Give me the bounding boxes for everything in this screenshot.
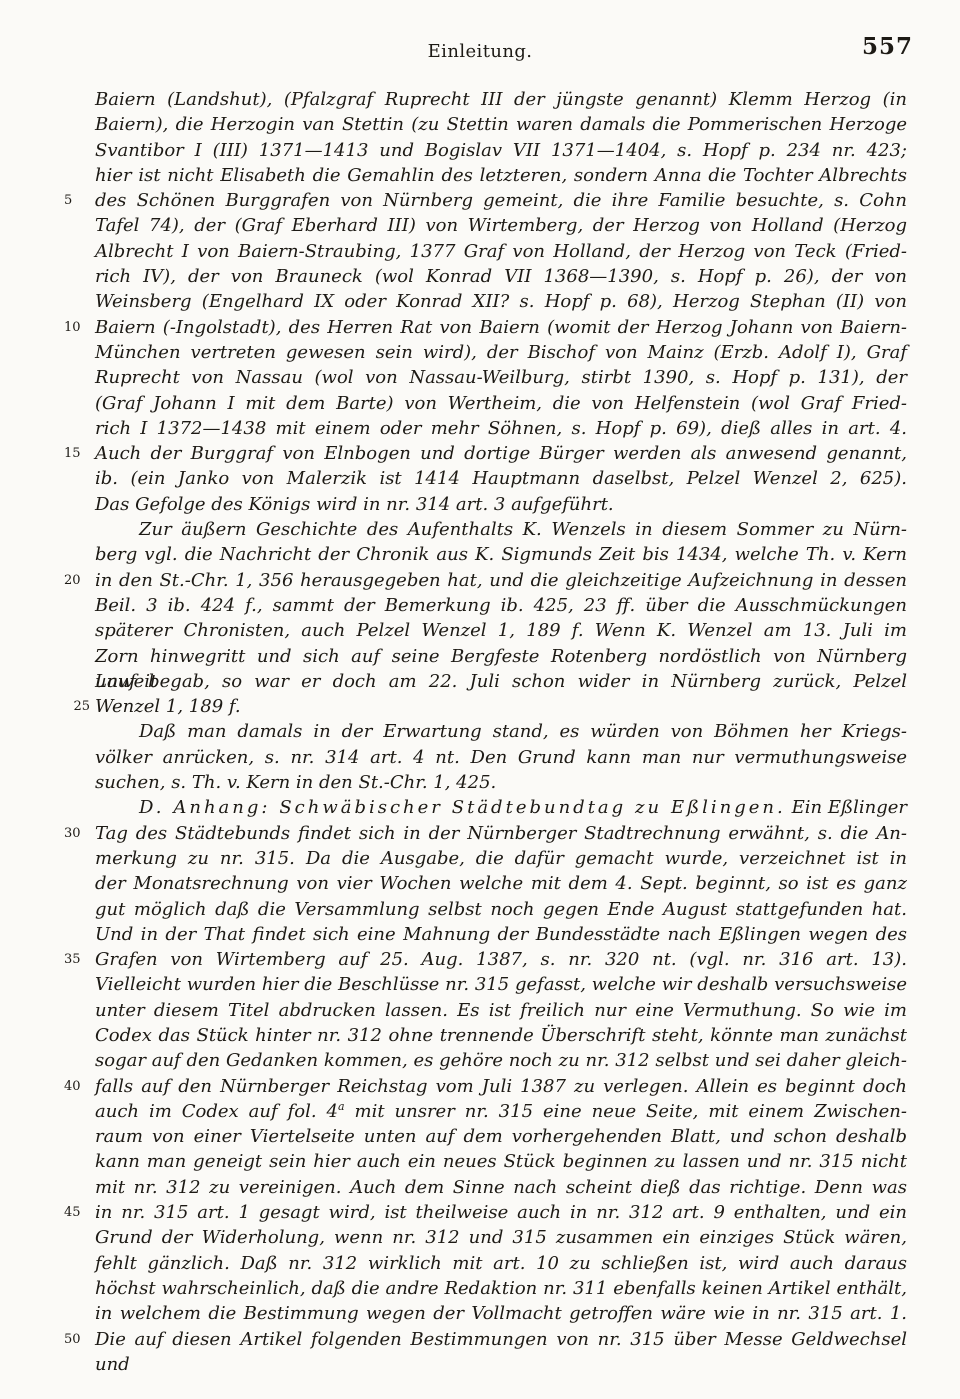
margin-line-number: 50	[64, 1327, 90, 1352]
margin-line-number: 5	[64, 188, 90, 213]
text-line: unter diesem Titel abdrucken lassen. Es …	[95, 998, 907, 1023]
text-line: Vielleicht wurden hier die Beschlüsse nr…	[95, 972, 907, 997]
text-line: völker anrücken, s. nr. 314 art. 4 nt. D…	[95, 745, 907, 770]
text-line-content: Svantibor I (III) 1371—1413 und Bogislav…	[95, 140, 907, 161]
text-line-content: völker anrücken, s. nr. 314 art. 4 nt. D…	[95, 747, 907, 768]
text-line-content: Albrecht I von Baiern-Straubing, 1377 Gr…	[95, 241, 907, 262]
text-line-content: Wenzel 1, 189 f.	[95, 696, 241, 717]
text-line: 30Tag des Städtebunds findet sich in der…	[95, 821, 907, 846]
text-line-content: falls auf den Nürnberger Reichstag vom J…	[95, 1076, 907, 1097]
text-line-content: Ruprecht von Nassau (wol von Nassau-Weil…	[95, 367, 907, 388]
text-line-content: fehlt gänzlich. Daß nr. 312 wirklich mit…	[95, 1253, 907, 1274]
text-line-content: Zur äußern Geschichte des Aufenthalts K.…	[139, 519, 907, 540]
text-line-content: der Monatsrechnung von vier Wochen welch…	[95, 873, 907, 894]
text-line: 25Wenzel 1, 189 f.	[95, 694, 907, 719]
text-line: berg vgl. die Nachricht der Chronik aus …	[95, 542, 907, 567]
text-line-content: in welchem die Bestimmung wegen der Voll…	[95, 1303, 907, 1324]
text-line: rich IV), der von Brauneck (wol Konrad V…	[95, 264, 907, 289]
text-line: 5des Schönen Burggrafen von Nürnberg gem…	[95, 188, 907, 213]
text-line-content: München vertreten gewesen sein wird), de…	[95, 342, 907, 363]
text-line: kann man geneigt sein hier auch ein neue…	[95, 1149, 907, 1174]
text-line: 20in den St.-Chr. 1, 356 herausgegeben h…	[95, 568, 907, 593]
text-line-content: Weinsberg (Engelhard IX oder Konrad XII?…	[95, 291, 907, 312]
text-line: Codex das Stück hinter nr. 312 ohne tren…	[95, 1023, 907, 1048]
text-line-content: rich I 1372—1438 mit einem oder mehr Söh…	[95, 418, 907, 439]
text-line: Beil. 3 ib. 424 f., sammt der Bemerkung …	[95, 593, 907, 618]
text-line: 50Die auf diesen Artikel folgenden Besti…	[95, 1327, 907, 1352]
text-line: München vertreten gewesen sein wird), de…	[95, 340, 907, 365]
text-line: raum von einer Viertelseite unten auf de…	[95, 1124, 907, 1149]
text-line-content: suchen, s. Th. v. Kern in den St.-Chr. 1…	[95, 772, 496, 793]
margin-line-number: 25	[64, 694, 90, 719]
text-line-content: höchst wahrscheinlich, daß die andre Red…	[95, 1278, 907, 1299]
text-line-content: späterer Chronisten, auch Pelzel Wenzel …	[95, 620, 907, 641]
text-line: Das Gefolge des Königs wird in nr. 314 a…	[95, 492, 907, 517]
text-line: merkung zu nr. 315. Da die Ausgabe, die …	[95, 846, 907, 871]
text-line-content: rich IV), der von Brauneck (wol Konrad V…	[95, 266, 907, 287]
text-line-content: in den St.-Chr. 1, 356 herausgegeben hat…	[95, 570, 907, 591]
running-head-title: Einleitung.	[0, 41, 960, 62]
text-line-content: raum von einer Viertelseite unten auf de…	[95, 1126, 907, 1147]
text-line-content: Grund der Widerholung, wenn nr. 312 und …	[95, 1227, 907, 1248]
text-line: Svantibor I (III) 1371—1413 und Bogislav…	[95, 138, 907, 163]
margin-line-number: 20	[64, 568, 90, 593]
letterspaced-heading: D. Anhang: Schwäbischer Städtebundtag zu…	[139, 797, 786, 818]
margin-line-number: 15	[64, 441, 90, 466]
text-line-content: des Schönen Burggrafen von Nürnberg geme…	[95, 190, 907, 211]
margin-line-number: 30	[64, 821, 90, 846]
text-line-content: auch im Codex auf fol. 4a mit unsrer nr.…	[95, 1101, 907, 1122]
text-line: gut möglich daß die Versammlung selbst n…	[95, 897, 907, 922]
text-line-content: Vielleicht wurden hier die Beschlüsse nr…	[95, 974, 907, 995]
text-line-content: Baiern (Landshut), (Pfalzgraf Ruprecht I…	[95, 89, 907, 110]
margin-line-number: 45	[64, 1200, 90, 1225]
text-line: D. Anhang: Schwäbischer Städtebundtag zu…	[95, 795, 907, 820]
page-number: 557	[862, 33, 913, 60]
text-line-content: Und in der That findet sich eine Mahnung…	[95, 924, 907, 945]
text-line: (Graf Johann I mit dem Barte) von Werthe…	[95, 391, 907, 416]
text-line-content: Grafen von Wirtemberg auf 25. Aug. 1387,…	[95, 949, 907, 970]
margin-line-number: 40	[64, 1074, 90, 1099]
text-line-content: unter diesem Titel abdrucken lassen. Es …	[95, 1000, 907, 1021]
text-line-content: kann man geneigt sein hier auch ein neue…	[95, 1151, 907, 1172]
text-line: Lauf begab, so war er doch am 22. Juli s…	[95, 669, 907, 694]
text-line-content: Codex das Stück hinter nr. 312 ohne tren…	[95, 1025, 907, 1046]
text-line: fehlt gänzlich. Daß nr. 312 wirklich mit…	[95, 1251, 907, 1276]
text-line-content: Die auf diesen Artikel folgenden Bestimm…	[95, 1329, 907, 1375]
text-line: auch im Codex auf fol. 4a mit unsrer nr.…	[95, 1099, 907, 1124]
text-line-content: merkung zu nr. 315. Da die Ausgabe, die …	[95, 848, 907, 869]
text-line-content: hier ist nicht Elisabeth die Gemahlin de…	[95, 165, 907, 186]
text-line-content: ib. (ein Janko von Malerzik ist 1414 Hau…	[95, 468, 907, 489]
text-line: 35Grafen von Wirtemberg auf 25. Aug. 138…	[95, 947, 907, 972]
text-line-content: berg vgl. die Nachricht der Chronik aus …	[95, 544, 907, 565]
text-line-content: D. Anhang: Schwäbischer Städtebundtag zu…	[139, 797, 907, 818]
text-line: suchen, s. Th. v. Kern in den St.-Chr. 1…	[95, 770, 907, 795]
text-line: Weinsberg (Engelhard IX oder Konrad XII?…	[95, 289, 907, 314]
text-line-content: (Graf Johann I mit dem Barte) von Werthe…	[95, 393, 907, 414]
text-line: Baiern (Landshut), (Pfalzgraf Ruprecht I…	[95, 87, 907, 112]
book-page: Einleitung. 557 Baiern (Landshut), (Pfal…	[0, 0, 960, 1399]
text-line: 45in nr. 315 art. 1 gesagt wird, ist the…	[95, 1200, 907, 1225]
text-line: 15Auch der Burggraf von Elnbogen und dor…	[95, 441, 907, 466]
text-line: mit nr. 312 zu vereinigen. Auch dem Sinn…	[95, 1175, 907, 1200]
text-line-content: sogar auf den Gedanken kommen, es gehöre…	[95, 1050, 907, 1071]
text-line: Daß man damals in der Erwartung stand, e…	[95, 719, 907, 744]
margin-line-number: 10	[64, 315, 90, 340]
superscript: a	[338, 1100, 345, 1113]
margin-line-number: 35	[64, 947, 90, 972]
text-block: Baiern (Landshut), (Pfalzgraf Ruprecht I…	[95, 87, 907, 1352]
text-line: Ruprecht von Nassau (wol von Nassau-Weil…	[95, 365, 907, 390]
text-line: hier ist nicht Elisabeth die Gemahlin de…	[95, 163, 907, 188]
text-line-content: mit nr. 312 zu vereinigen. Auch dem Sinn…	[95, 1177, 907, 1198]
text-line: rich I 1372—1438 mit einem oder mehr Söh…	[95, 416, 907, 441]
text-line: Grund der Widerholung, wenn nr. 312 und …	[95, 1225, 907, 1250]
text-line: 10Baiern (-Ingolstadt), des Herren Rat v…	[95, 315, 907, 340]
text-line: sogar auf den Gedanken kommen, es gehöre…	[95, 1048, 907, 1073]
text-line-content: Lauf begab, so war er doch am 22. Juli s…	[95, 671, 907, 692]
text-line: Und in der That findet sich eine Mahnung…	[95, 922, 907, 947]
text-line-content: Baiern (-Ingolstadt), des Herren Rat von…	[95, 317, 907, 338]
text-line: in welchem die Bestimmung wegen der Voll…	[95, 1301, 907, 1326]
text-line: höchst wahrscheinlich, daß die andre Red…	[95, 1276, 907, 1301]
text-line: Zur äußern Geschichte des Aufenthalts K.…	[95, 517, 907, 542]
text-line-content: Daß man damals in der Erwartung stand, e…	[139, 721, 907, 742]
text-line-content: Tag des Städtebunds findet sich in der N…	[95, 823, 907, 844]
text-line-content: Beil. 3 ib. 424 f., sammt der Bemerkung …	[95, 595, 907, 616]
text-line: der Monatsrechnung von vier Wochen welch…	[95, 871, 907, 896]
text-line: 40falls auf den Nürnberger Reichstag vom…	[95, 1074, 907, 1099]
text-line: Zorn hinwegritt und sich auf seine Bergf…	[95, 644, 907, 669]
text-line: ib. (ein Janko von Malerzik ist 1414 Hau…	[95, 466, 907, 491]
text-line-content: Das Gefolge des Königs wird in nr. 314 a…	[95, 494, 614, 515]
text-line: späterer Chronisten, auch Pelzel Wenzel …	[95, 618, 907, 643]
text-line-content: Baiern), die Herzogin van Stettin (zu St…	[95, 114, 907, 135]
text-line-content: Auch der Burggraf von Elnbogen und dorti…	[95, 443, 907, 464]
text-line: Tafel 74), der (Graf Eberhard III) von W…	[95, 213, 907, 238]
text-line-content: in nr. 315 art. 1 gesagt wird, ist theil…	[95, 1202, 907, 1223]
text-line: Baiern), die Herzogin van Stettin (zu St…	[95, 112, 907, 137]
text-line: Albrecht I von Baiern-Straubing, 1377 Gr…	[95, 239, 907, 264]
text-line-content: Tafel 74), der (Graf Eberhard III) von W…	[95, 215, 907, 236]
text-line-content: gut möglich daß die Versammlung selbst n…	[95, 899, 907, 920]
